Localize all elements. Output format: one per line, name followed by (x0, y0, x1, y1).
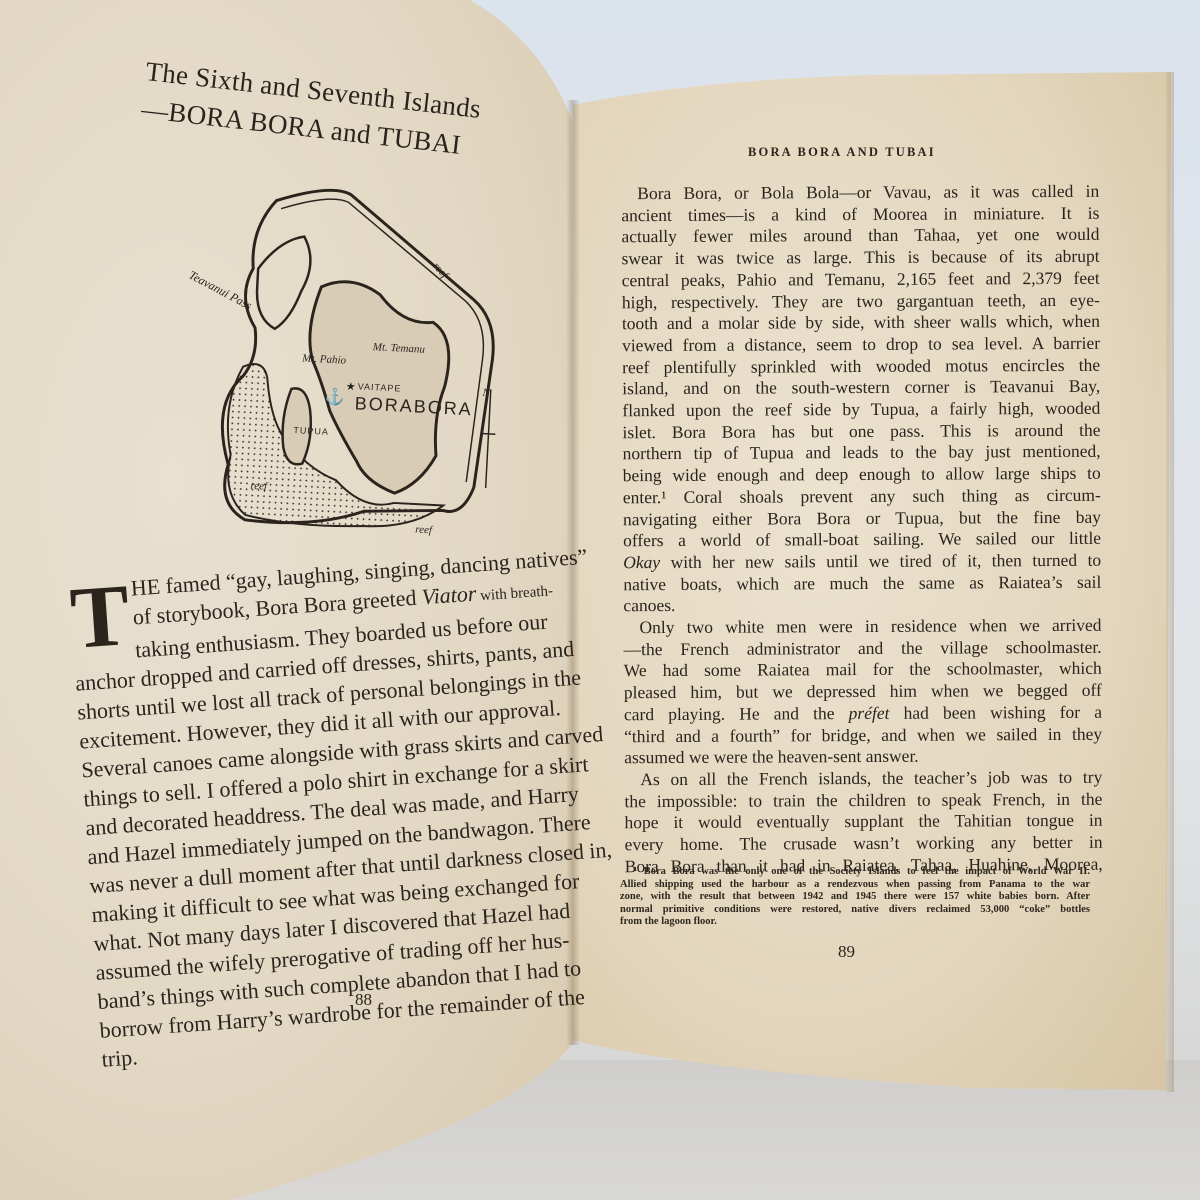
left-body-text: T HE famed “gay, laughing, singing, danc… (68, 545, 581, 1074)
photo-scene: The Sixth and Seventh Islands —BORA BORA… (0, 0, 1200, 1200)
footnote-line: from the lagoon floor. (620, 916, 1090, 929)
text-line: card playing. He and the préfet had been… (624, 702, 1102, 726)
text-line: canoes. (623, 593, 1101, 617)
text-line: reef plentifully sprinkled with wooded m… (622, 354, 1100, 378)
text-line: assumed we were the heaven-sent answer. (624, 745, 1102, 769)
footnote-line: Allied shipping used the harbour as a re… (620, 879, 1090, 892)
page-number-right: 89 (838, 942, 855, 962)
text-line: every home. The crusade wasn’t working a… (625, 832, 1103, 856)
text-line: swear it was twice as large. This is bec… (622, 246, 1100, 270)
ship-name: Viator (421, 581, 477, 610)
text-segment: with breath- (476, 583, 554, 604)
text-line: We had some Raiatea mail for the schoolm… (624, 658, 1102, 682)
map-label-north: N (482, 387, 490, 399)
text-line: pleased him, but we depressed him when w… (624, 680, 1102, 704)
text-line: native boats, which are much the same as… (623, 571, 1101, 595)
anchor-icon: ⚓ (325, 387, 346, 408)
bora-bora-map: Teavanui Pass reef Mt. Temanu Mt. Pahio … (163, 176, 541, 549)
drop-cap: T (68, 576, 132, 660)
text-line: “third and a fourth” for bridge, and whe… (624, 723, 1102, 747)
text-line: enter.¹ Coral shoals prevent any such th… (623, 485, 1101, 509)
page-edge (1166, 72, 1174, 1092)
footnote-line: ¹ Bora Bora was the only one of the Soci… (620, 866, 1090, 879)
text-line: navigating either Bora Bora or Tupua, bu… (623, 506, 1101, 530)
page-number-left: 88 (355, 990, 372, 1010)
italic-word: Okay (623, 552, 660, 572)
text-line: viewed from a distance, seem to drop to … (622, 333, 1100, 357)
text-line: Okay with her new sails until we tired o… (623, 550, 1101, 574)
text-line: central peaks, Pahio and Temanu, 2,165 f… (622, 268, 1100, 292)
text-line: high, respectively. They are two gargant… (622, 289, 1100, 313)
text-line: island, and on the south-western corner … (622, 376, 1100, 400)
map-label-pahio: Mt. Pahio (302, 352, 347, 366)
text-line: As on all the French islands, the teache… (624, 767, 1102, 791)
text-line: hope it would eventually supplant the Ta… (624, 810, 1102, 834)
text-line: Only two white men were in residence whe… (623, 615, 1101, 639)
map-label-islet: TUPUA (293, 425, 329, 437)
footnote: ¹ Bora Bora was the only one of the Soci… (620, 866, 1090, 929)
text-line: flanked upon the reef side by Tupua, a f… (622, 398, 1100, 422)
text-line: Bora Bora, or Bola Bola—or Vavau, as it … (621, 181, 1099, 205)
text-line: offers a world of small-boat sailing. We… (623, 528, 1101, 552)
text-line: ancient times—is a kind of Moorea in min… (621, 202, 1099, 226)
footnote-line: zone, with the result that between 1942 … (620, 891, 1090, 904)
map-illustration (163, 176, 541, 549)
map-label-reef-s: reef (415, 524, 432, 537)
footnote-line: normal primitive conditions were restore… (620, 904, 1090, 917)
text-line: northern tip of Tupua and leads to the b… (623, 441, 1101, 465)
text-line: —the French administrator and the villag… (624, 637, 1102, 661)
star-icon: ★ (345, 380, 356, 393)
text-line: islet. Bora Bora has but one pass. This … (622, 419, 1100, 443)
right-body-text: Bora Bora, or Bola Bola—or Vavau, as it … (621, 181, 1103, 878)
running-head: BORA BORA AND TUBAI (748, 145, 936, 160)
text-line: tooth and a molar side by side, with she… (622, 311, 1100, 335)
text-line: actually fewer miles around than Tahaa, … (621, 224, 1099, 248)
text-line: being wide enough and deep enough to all… (623, 463, 1101, 487)
map-label-reef-sw: reef (250, 480, 267, 493)
text-line: the impossible: to train the children to… (624, 788, 1102, 812)
italic-word: préfet (849, 703, 890, 723)
